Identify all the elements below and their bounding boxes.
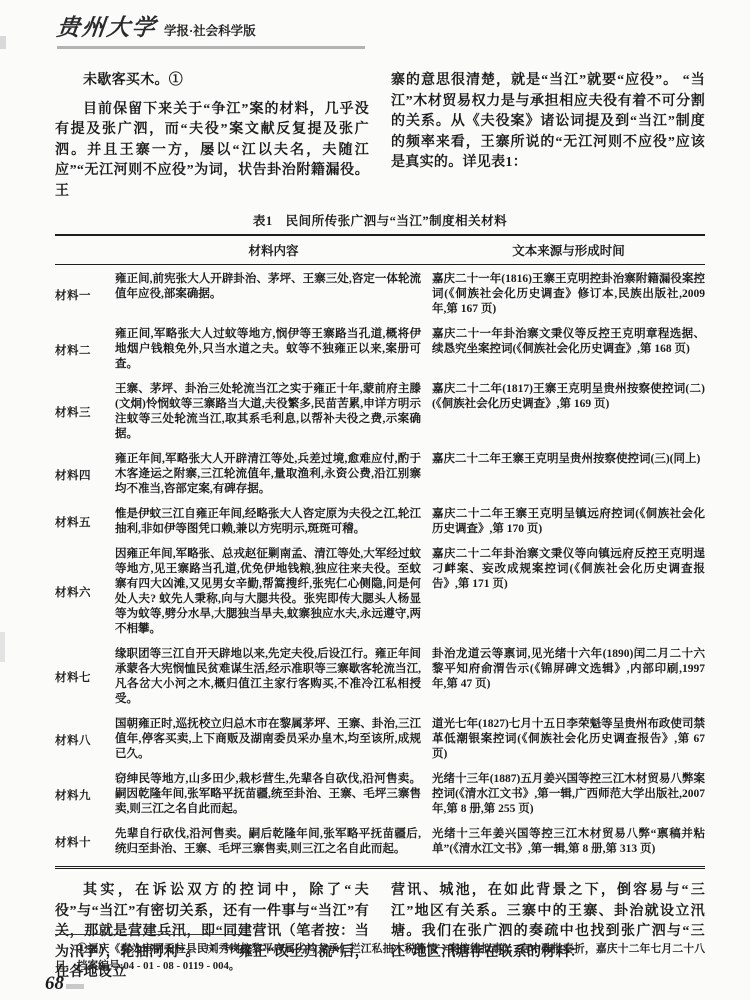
table-row: 材料五 惟是伊蚊三江自雍正年间,经略张大人咨定原为夫役之江,轮江抽利,非如伊等图…	[55, 502, 705, 542]
row-label: 材料十	[55, 827, 115, 857]
row-content: 雍正年间,军略张大人开辟清江等处,兵差过境,愈难应付,酌于木客逄运之附寨,三江轮…	[115, 452, 432, 497]
row-content: 雍正间,军略张大人过蚊等地方,悯伊等王寨路当孔道,概将伊地烟户钱粮免外,只当水道…	[115, 327, 432, 372]
row-source: 嘉庆二十一年(1816)王寨王克明控卦治寨附籍漏役案控词(《侗族社会化历史调查》…	[432, 272, 705, 317]
row-label: 材料六	[55, 547, 115, 637]
row-content: 雍正间,前宪张大人开辟卦治、茅坪、王寨三处,咨定一体轮流值年应役,部案确据。	[115, 272, 432, 317]
column-header-source: 文本来源与形成时间	[432, 241, 705, 259]
page-header: 贵州大学学报·社会科学版	[0, 0, 750, 42]
footnote-text: ①福庆《奏为审明天柱县民刘秀岗控黎平府属劣衿龙承仁拦江私抽木税等情一案按律拟事》…	[55, 941, 705, 974]
table-row: 材料九 窃绅民等地方,山多田少,栽杉营生,先辈各自砍伐,沿河售卖。嗣因乾隆年间,…	[55, 767, 705, 822]
table-row: 材料七 缘职团等三江自开天辟地以来,先定夫役,后设江行。雍正年间承蒙各大宪悯恤民…	[55, 642, 705, 712]
table-row: 材料八 国朝雍正时,巡抚校立归总木市在黎属茅坪、王寨、卦治,三江值年,停客买卖,…	[55, 712, 705, 767]
row-label: 材料四	[55, 452, 115, 497]
row-source: 嘉庆二十二年卦治寨文秉仪等向镇远府反控王克明逞刁衅案、妄改成规案控词(《侗族社会…	[432, 547, 705, 637]
row-content: 惟是伊蚊三江自雍正年间,经略张大人咨定原为夫役之江,轮江抽利,非如伊等图凭口赖,…	[115, 507, 432, 537]
row-content: 王寨、茅坪、卦治三处轮流当江之实于雍正十年,蒙前府主滕(文炯)怜悯蚊等三寨路当大…	[115, 382, 432, 442]
journal-page: 贵州大学学报·社会科学版 未歇客买木。① 目前保留下来关于“争江”案的材料，几乎…	[0, 0, 750, 1000]
table-row: 材料十 先辈自行砍伐,沿河售卖。嗣后乾隆年间,张军略平抚苗疆后,统归至卦治、王寨…	[55, 822, 705, 862]
row-content: 窃绅民等地方,山多田少,栽杉营生,先辈各自砍伐,沿河售卖。嗣因乾隆年间,张军略平…	[115, 772, 432, 817]
row-label: 材料三	[55, 382, 115, 442]
table-row: 材料四 雍正年间,军略张大人开辟清江等处,兵差过境,愈难应付,酌于木客逄运之附寨…	[55, 447, 705, 502]
journal-subtitle: 学报·社会科学版	[164, 24, 256, 38]
scan-smudge	[0, 632, 5, 662]
row-source: 光绪十三年姜兴国等控三江木材贸易八弊“禀稿并粘单”(《清水江文书》,第一辑,第 …	[432, 827, 705, 857]
table-body: 材料一 雍正间,前宪张大人开辟卦治、茅坪、王寨三处,咨定一体轮流值年应役,部案确…	[55, 265, 705, 866]
row-source: 嘉庆二十二年(1817)王寨王克明呈贵州按察使控词(二)(《侗族社会化历史调查》…	[432, 382, 705, 442]
column-header-content: 材料内容	[115, 241, 432, 259]
journal-logo: 贵州大学	[55, 9, 158, 42]
row-source: 道光七年(1827)七月十五日李荣魁等呈贵州布政使司禁革低潮银案控词(《侗族社会…	[432, 717, 705, 762]
page-number: 68	[45, 973, 64, 994]
row-label: 材料八	[55, 717, 115, 762]
row-content: 缘职团等三江自开天辟地以来,先定夫役,后设江行。雍正年间承蒙各大宪悯恤民贫难谋生…	[115, 647, 432, 707]
page-footer: 68	[45, 973, 84, 995]
row-source: 嘉庆二十二年王寨王克明呈镇远府控词(《侗族社会化历史调查》,第 170 页)	[432, 507, 705, 537]
row-label: 材料九	[55, 772, 115, 817]
row-label: 材料二	[55, 327, 115, 372]
row-source: 卦治龙道云等禀词,见光绪十六年(1890)闰二月二十六黎平知府俞渭告示(《锦屏碑…	[432, 647, 705, 707]
page-body: 未歇客买木。① 目前保留下来关于“争江”案的材料，几乎没有提及张广泗，而“夫役”…	[0, 49, 750, 984]
paragraph: 未歇客买木。①	[55, 71, 369, 92]
row-content: 国朝雍正时,巡抚校立归总木市在黎属茅坪、王寨、卦治,三江值年,停客买卖,上下商贩…	[115, 717, 432, 762]
table-1-block: 表1 民间所传张广泗与“当江”制度相关材料 材料内容 文本来源与形成时间 材料一…	[55, 211, 705, 869]
row-label: 材料五	[55, 507, 115, 537]
header-spacer	[55, 241, 115, 259]
scan-smudge	[66, 984, 84, 989]
row-content: 因雍正年间,军略张、总戎赵征剿南孟、清江等处,大军经过蚊等地方,见王寨路当孔道,…	[115, 547, 432, 637]
paragraph: 寨的意思很清楚，就是“当江”就要“应役”。 “当江”木材贸易权力是与承担相应夫役…	[391, 71, 705, 174]
footnote-area: ①福庆《奏为审明天柱县民刘秀岗控黎平府属劣衿龙承仁拦江私抽木税等情一案按律拟事》…	[55, 934, 705, 974]
row-source: 嘉庆二十一年卦治寨文秉仪等反控王克明章程选据、续恳究坐案控词(《侗族社会化历史调…	[432, 327, 705, 372]
table-title: 表1 民间所传张广泗与“当江”制度相关材料	[55, 211, 705, 229]
table-row: 材料二 雍正间,军略张大人过蚊等地方,悯伊等王寨路当孔道,概将伊地烟户钱粮免外,…	[55, 322, 705, 377]
scan-smudge	[0, 36, 6, 49]
row-content: 先辈自行砍伐,沿河售卖。嗣后乾隆年间,张军略平抚苗疆后,统归至卦治、王寨、毛坪三…	[115, 827, 432, 857]
intro-left-column: 未歇客买木。① 目前保留下来关于“争江”案的材料，几乎没有提及张广泗，而“夫役”…	[55, 71, 369, 202]
table-row: 材料一 雍正间,前宪张大人开辟卦治、茅坪、王寨三处,咨定一体轮流值年应役,部案确…	[55, 267, 705, 322]
table-row: 材料六 因雍正年间,军略张、总戎赵征剿南孟、清江等处,大军经过蚊等地方,见王寨路…	[55, 542, 705, 642]
materials-table: 材料内容 文本来源与形成时间 材料一 雍正间,前宪张大人开辟卦治、茅坪、王寨三处…	[55, 234, 705, 869]
table-row: 材料三 王寨、茅坪、卦治三处轮流当江之实于雍正十年,蒙前府主滕(文炯)怜悯蚊等三…	[55, 377, 705, 447]
row-label: 材料一	[55, 272, 115, 317]
footnote-divider	[55, 934, 251, 935]
table-header-row: 材料内容 文本来源与形成时间	[55, 236, 705, 265]
paragraph: 目前保留下来关于“争江”案的材料，几乎没有提及张广泗，而“夫役”案文献反复提及张…	[55, 100, 369, 203]
row-source: 光绪十三年(1887)五月姜兴国等控三江木材贸易八弊案控词(《清水江文书》,第一…	[432, 772, 705, 817]
intro-right-column: 寨的意思很清楚，就是“当江”就要“应役”。 “当江”木材贸易权力是与承担相应夫役…	[391, 71, 705, 202]
row-source: 嘉庆二十二年王寨王克明呈贵州按察使控词(三)(同上)	[432, 452, 705, 497]
row-label: 材料七	[55, 647, 115, 707]
intro-columns: 未歇客买木。① 目前保留下来关于“争江”案的材料，几乎没有提及张广泗，而“夫役”…	[55, 71, 705, 202]
